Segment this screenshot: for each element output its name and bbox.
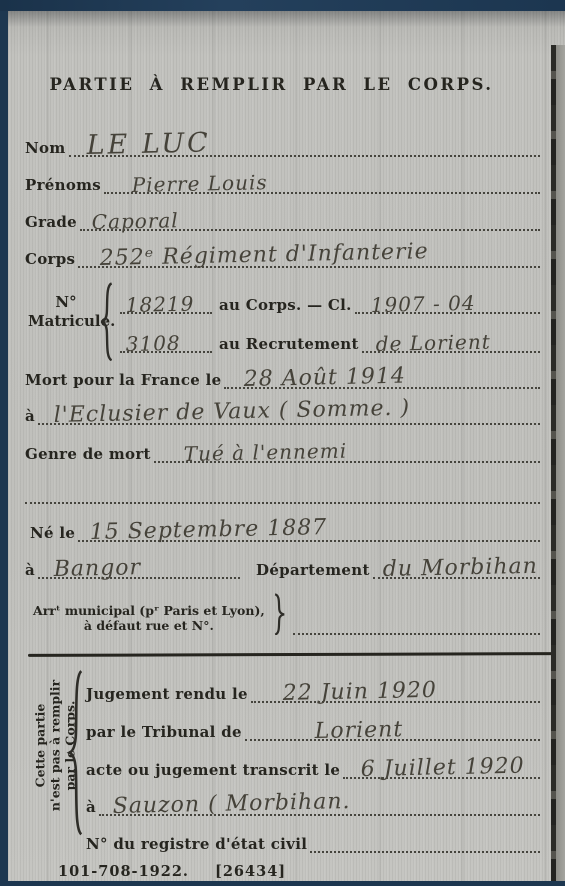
matricule-corps-number-line: 18219 (120, 286, 212, 314)
matricule-corps-row: 18219 au Corps. — Cl. 1907 - 04 (120, 288, 540, 314)
matricule-recrutement-row: 3108 au Recrutement de Lorient (120, 327, 540, 353)
mort-label: Mort pour la France le (25, 371, 224, 389)
field-genre-mort-row: Genre de mort Tué à l'ennemi (25, 437, 540, 463)
field-lieu-deces-row: à l'Eclusier de Vaux ( Somme. ) (25, 399, 540, 425)
jugement-lieu-label: à (86, 798, 99, 816)
genre-mort-line: Tué à l'ennemi (154, 435, 540, 463)
jugement-rendu-value: 22 Juin 1920 (282, 678, 437, 706)
classe-value: 1907 - 04 (370, 291, 475, 317)
imprint-code: 101-708-1922. (58, 863, 189, 880)
nom-value: LE LUC (86, 127, 211, 161)
scan-edge-strip (556, 45, 565, 881)
au-corps-label: au Corps. — Cl. (219, 296, 355, 314)
departement-value: du Morbihan (382, 554, 538, 582)
scan-top-shadow (8, 11, 565, 27)
departement-label: Département (256, 561, 373, 579)
lieu-deces-value: l'Eclusier de Vaux ( Somme. ) (54, 396, 411, 428)
arrondissement-label-line1: Arrᵗ municipal (pʳ Paris et Lyon), (33, 603, 265, 618)
field-ne-le-row: Né le 15 Septembre 1887 (30, 516, 540, 542)
ne-le-label: Né le (30, 524, 78, 542)
section-divider-dotted (25, 478, 540, 504)
mort-value: 28 Août 1914 (244, 364, 407, 392)
form-title: PARTIE À REMPLIR PAR LE CORPS. (8, 75, 535, 94)
field-registre-row: N° du registre d'état civil (86, 827, 540, 853)
field-transcrit-row: acte ou jugement transcrit le 6 Juillet … (86, 753, 540, 779)
transcrit-line: 6 Juillet 1920 (343, 751, 540, 779)
prenoms-line: Pierre Louis (104, 166, 540, 194)
lieu-deces-line: l'Eclusier de Vaux ( Somme. ) (38, 397, 540, 425)
ne-le-line: 15 Septembre 1887 (78, 514, 540, 542)
field-corps-row: Corps 252ᵉ Régiment d'Infanterie (25, 242, 540, 268)
field-jugement-lieu-row: à Sauzon ( Morbihan. (86, 790, 540, 816)
ne-le-value: 15 Septembre 1887 (90, 515, 328, 545)
field-arrondissement-row: Arrᵗ municipal (pʳ Paris et Lyon), à déf… (33, 591, 540, 635)
nom-line: LE LUC (69, 129, 541, 157)
matricule-recrutement-number-line: 3108 (120, 325, 212, 353)
genre-mort-value: Tué à l'ennemi (183, 439, 347, 466)
transcrit-label: acte ou jugement transcrit le (86, 761, 343, 779)
classe-line: 1907 - 04 (355, 286, 540, 314)
corps-line: 252ᵉ Régiment d'Infanterie (78, 240, 540, 268)
jugement-rendu-label: Jugement rendu le (86, 685, 251, 703)
scan-border-left (0, 0, 8, 886)
lieu-naissance-label: à (25, 561, 38, 579)
jugement-rendu-line: 22 Juin 1920 (251, 675, 540, 703)
registre-label: N° du registre d'état civil (86, 835, 310, 853)
recrutement-line: de Lorient (362, 325, 540, 353)
jugement-brace-glyph (66, 666, 84, 836)
arrondissement-line (293, 601, 540, 635)
matricule-corps-number: 18219 (125, 292, 194, 317)
matricule-label-block: N° Matricule. (28, 293, 104, 331)
arrondissement-label-block: Arrᵗ municipal (pʳ Paris et Lyon), à déf… (33, 603, 265, 635)
scan-border-bottom (0, 881, 565, 886)
grade-label: Grade (25, 213, 80, 231)
corps-value: 252ᵉ Régiment d'Infanterie (100, 239, 429, 271)
document-scan: PARTIE À REMPLIR PAR LE CORPS. Nom LE LU… (8, 11, 565, 881)
matricule-no-label: N° (28, 293, 104, 312)
sidebar-note-line1: Cette partie (33, 662, 48, 830)
field-prenoms-row: Prénoms Pierre Louis (25, 168, 540, 194)
registre-line (310, 825, 540, 853)
prenoms-label: Prénoms (25, 176, 104, 194)
scan-border-top (0, 0, 565, 11)
transcrit-value: 6 Juillet 1920 (361, 754, 525, 782)
grade-line: Caporal (80, 203, 540, 231)
prenoms-value: Pierre Louis (132, 170, 268, 197)
arrondissement-brace-glyph (273, 593, 287, 635)
nom-label: Nom (25, 139, 69, 157)
field-grade-row: Grade Caporal (25, 205, 540, 231)
departement-line: du Morbihan (373, 551, 540, 579)
grade-value: Caporal (91, 208, 178, 234)
corps-label: Corps (25, 250, 78, 268)
tribunal-line: Lorient (245, 713, 540, 741)
field-jugement-rendu-row: Jugement rendu le 22 Juin 1920 (86, 677, 540, 703)
field-naissance-row: à Bangor Département du Morbihan (25, 553, 540, 579)
lieu-deces-label: à (25, 407, 38, 425)
lieu-naissance-line: Bangor (38, 551, 240, 579)
field-tribunal-row: par le Tribunal de Lorient (86, 715, 540, 741)
arrondissement-label-line2: à défaut rue et N°. (84, 618, 214, 633)
mort-line: 28 Août 1914 (224, 361, 540, 389)
tribunal-value: Lorient (314, 717, 403, 744)
matricule-brace-glyph (98, 281, 114, 361)
tribunal-label: par le Tribunal de (86, 723, 245, 741)
imprint-ref: [26434] (215, 863, 286, 880)
recrutement-value: de Lorient (375, 330, 491, 356)
sidebar-note-line2: n'est pas à remplir (48, 662, 63, 830)
matricule-label: Matricule. (28, 312, 104, 331)
section-rule (28, 652, 559, 657)
au-recrutement-label: au Recrutement (219, 335, 362, 353)
divider-line (25, 476, 540, 504)
lieu-naissance-value: Bangor (54, 555, 142, 582)
jugement-lieu-line: Sauzon ( Morbihan. (99, 788, 540, 816)
matricule-recrutement-number: 3108 (125, 331, 180, 356)
field-nom-row: Nom LE LUC (25, 131, 540, 157)
jugement-lieu-value: Sauzon ( Morbihan. (113, 789, 351, 819)
field-mort-row: Mort pour la France le 28 Août 1914 (25, 363, 540, 389)
imprint: 101-708-1922. [26434] (58, 863, 286, 880)
genre-mort-label: Genre de mort (25, 445, 154, 463)
